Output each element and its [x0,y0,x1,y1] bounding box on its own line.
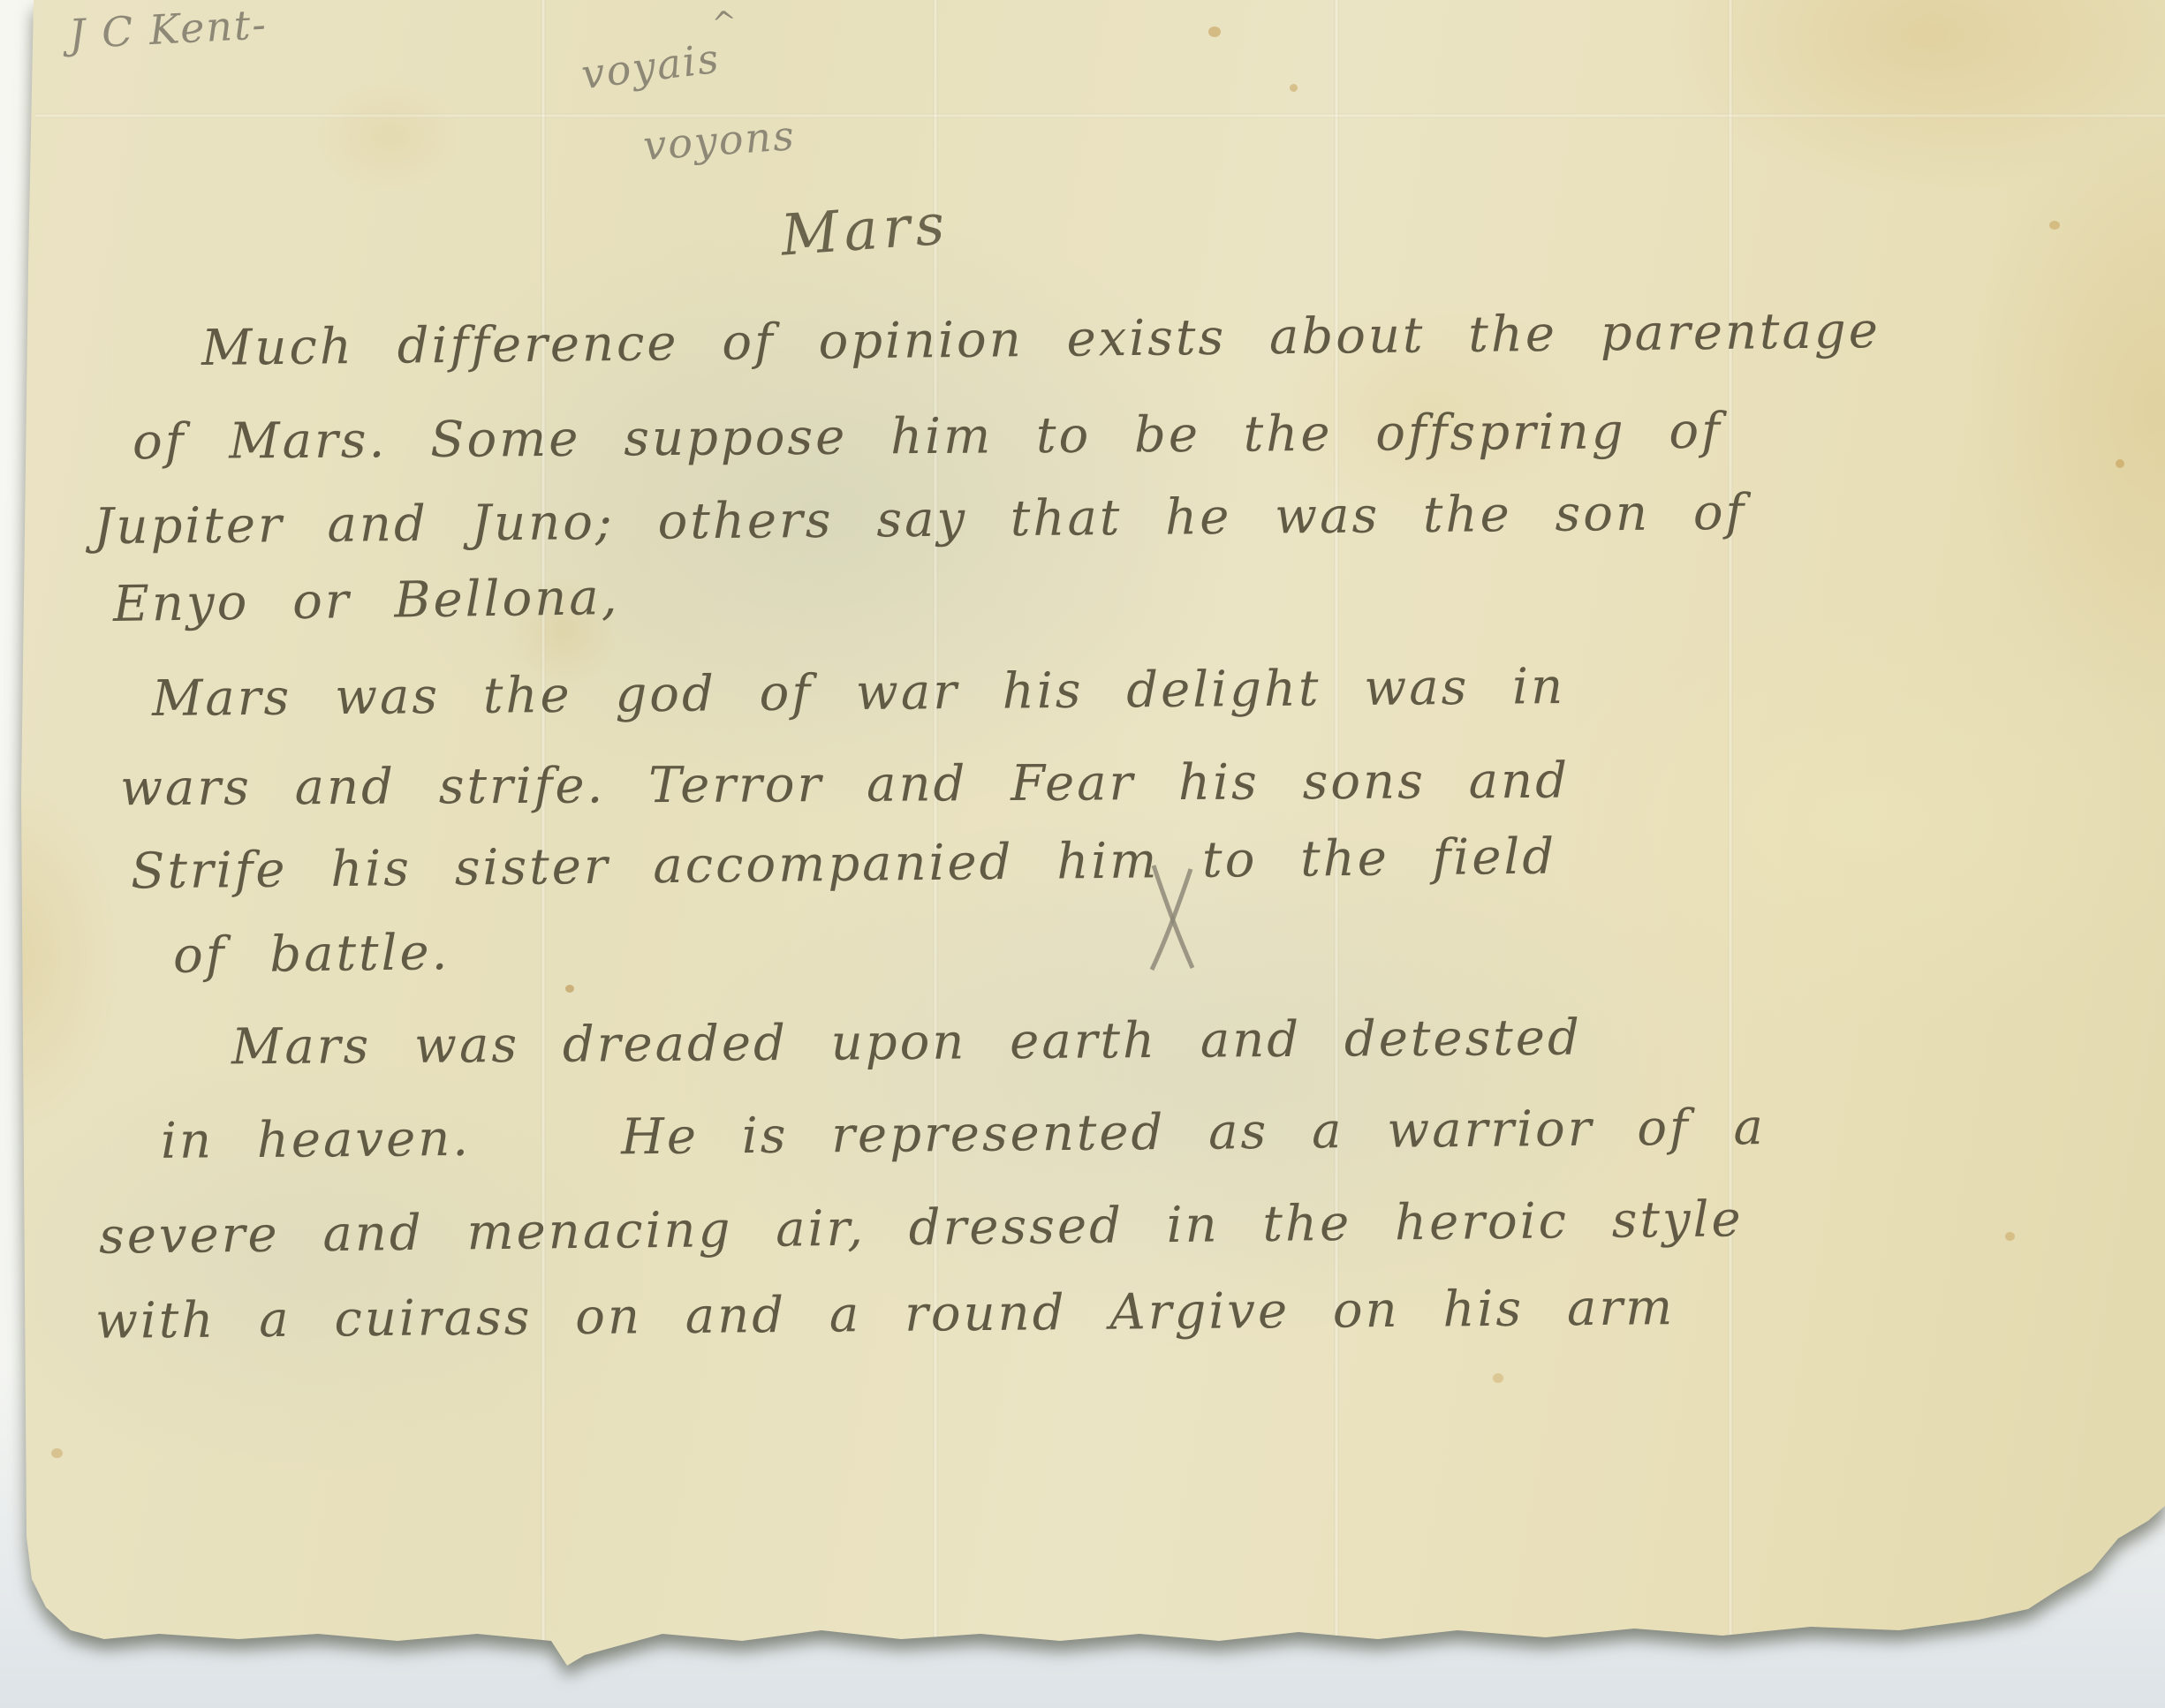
foxing-stain [1290,84,1298,92]
paragraph2-line2: wars and strife. Terror and Fear his son… [120,752,1570,818]
pencil-x-mark [1138,855,1217,979]
fold-crease [1728,0,1733,1708]
paragraph1-line4: Enyo or Bellona, [113,569,620,633]
scanner-background: J C Kent- ^ voyais voyons Mars Much diff… [0,0,2165,1708]
foxing-stain [2116,459,2124,468]
foxing-stain [51,1448,63,1458]
foxing-stain [1208,26,1221,37]
foxing-stain [2005,1232,2015,1241]
paragraph3-line2-phrase-a: in heaven. [161,1110,472,1170]
french-annotation-voyais: voyais [579,34,723,99]
manuscript-page: J C Kent- ^ voyais voyons Mars Much diff… [0,0,2165,1708]
foxing-stain [2049,221,2060,230]
foxing-stain [1493,1373,1503,1383]
paragraph2-line3: Strife his sister accompanied him to the… [131,828,1557,901]
paragraph3-line1: Mars was dreaded upon earth and detested [231,1009,1582,1077]
foxing-stain [565,985,574,993]
paragraph3-line2: in heaven.He is represented as a warrior… [161,1099,1766,1170]
paragraph3-line2-phrase-b: He is represented as a warrior of a [621,1099,1766,1166]
document-title: Mars [779,192,952,268]
paragraph2-line1: Mars was the god of war his delight was … [152,658,1566,728]
fold-crease [35,113,2165,118]
paragraph1-line2: of Mars. Some suppose him to be the offs… [132,403,1722,472]
paragraph2-line4: of battle. [173,924,450,985]
french-annotation-voyons: voyons [641,111,797,170]
paragraph1-line1: Much difference of opinion exists about … [201,302,1881,377]
paragraph3-line4: with a cuirass on and a round Argive on … [95,1279,1676,1350]
paper-sheet-wrapper: J C Kent- ^ voyais voyons Mars Much diff… [0,0,2165,1708]
paragraph1-line3: Jupiter and Juno; others say that he was… [94,484,1747,555]
paragraph3-line3: severe and menacing air, dressed in the … [99,1190,1744,1265]
owner-name-annotation: J C Kent- [68,0,269,58]
